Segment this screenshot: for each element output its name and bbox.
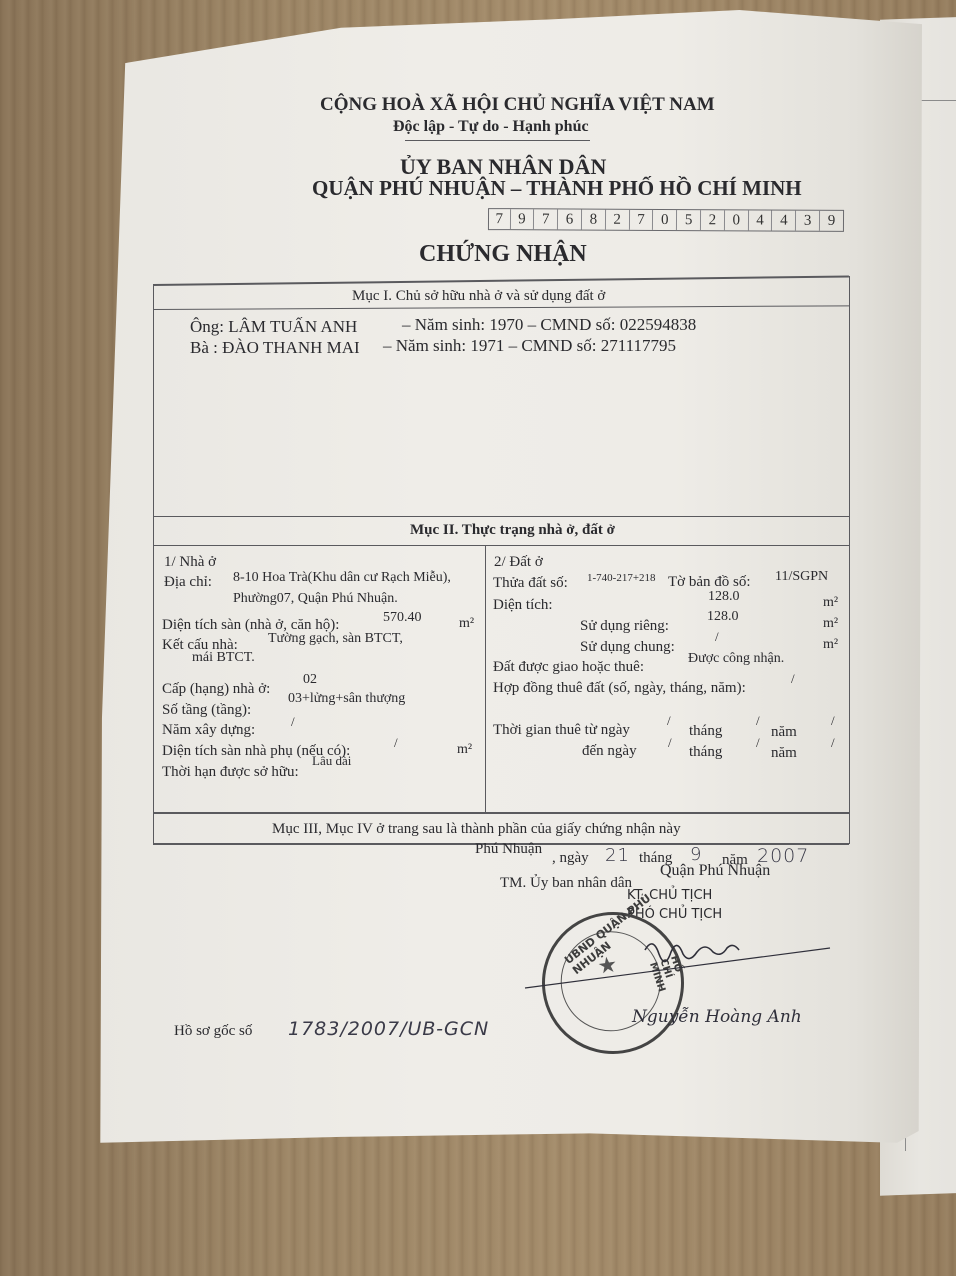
allocation-label: Đất được giao hoặc thuê:	[493, 659, 644, 676]
owner-2-name: Bà : ĐÀO THANH MAI	[190, 338, 360, 358]
shared-use-label: Sử dụng chung:	[580, 639, 675, 656]
lease-contract-value: /	[791, 671, 795, 687]
record-number-value: 1783/2007/UB-GCN	[288, 1018, 489, 1040]
table-right-border	[849, 276, 850, 844]
lease-from-label: Thời gian thuê từ ngày	[493, 722, 630, 739]
private-use-label: Sử dụng riêng:	[580, 618, 669, 635]
record-number-label: Hồ sơ gốc số	[174, 1023, 252, 1040]
structure-value-line-2: mái BTCT.	[192, 650, 255, 666]
lease-to-year-label: năm	[771, 745, 797, 762]
lease-to-label: đến ngày	[582, 743, 637, 760]
address-line-2: Phường07, Quận Phú Nhuận.	[233, 591, 398, 607]
private-use-value: 128.0	[707, 609, 739, 625]
signing-day: 21	[605, 845, 630, 866]
shared-use-unit: m²	[823, 637, 838, 653]
district-name: QUẬN PHÚ NHUẬN – THÀNH PHỐ HỒ CHÍ MINH	[312, 176, 802, 201]
area-label: Diện tích:	[493, 597, 553, 614]
lease-to-month-label: tháng	[689, 744, 722, 761]
floor-area-unit: m²	[459, 616, 474, 632]
owner-1-details: – Năm sinh: 1970 – CMND số: 022594838	[402, 315, 696, 335]
serial-digit: 6	[557, 209, 581, 229]
serial-digit: 4	[748, 210, 772, 230]
section2-bottom-divider	[153, 812, 849, 814]
map-sheet-value: 11/SGPN	[775, 569, 828, 585]
lease-from-year-label: năm	[771, 724, 797, 741]
grade-label: Cấp (hạng) nhà ở:	[162, 681, 270, 698]
area-unit: m²	[823, 595, 838, 611]
country-name: CỘNG HOÀ XÃ HỘI CHỦ NGHĨA VIỆT NAM	[320, 94, 715, 116]
aux-area-value: /	[394, 735, 398, 751]
serial-digit: 5	[676, 210, 700, 230]
serial-digit: 3	[795, 211, 819, 231]
serial-digit: 2	[605, 210, 629, 230]
serial-digit: 7	[533, 209, 557, 229]
footer-note: Mục III, Mục IV ở trang sau là thành phầ…	[272, 821, 681, 838]
built-year-value: /	[291, 714, 295, 730]
parcel-value: 1-740-217+218	[587, 572, 656, 584]
land-title: 2/ Đất ở	[494, 554, 543, 571]
house-title: 1/ Nhà ở	[164, 554, 216, 571]
serial-digit: 8	[581, 210, 605, 230]
floors-value: 03+lửng+sân thượng	[288, 691, 405, 707]
private-use-unit: m²	[823, 616, 838, 632]
signature-scribble	[520, 930, 840, 1000]
section2-column-divider	[485, 545, 486, 812]
on-behalf-of: TM. Ủy ban nhân dân	[500, 875, 632, 892]
motto-underline	[405, 140, 590, 141]
motto: Độc lập - Tự do - Hạnh phúc	[393, 118, 589, 136]
serial-digit: 9	[819, 211, 843, 231]
owner-1-name: Ông: LÂM TUẤN ANH	[190, 317, 357, 337]
shared-use-value: /	[715, 629, 719, 645]
section1-heading: Mục I. Chủ sở hữu nhà ở và sử dụng đất ở	[352, 288, 605, 305]
allocation-value: Được công nhận.	[688, 651, 784, 667]
lease-to-day: /	[668, 735, 672, 751]
address-label: Địa chỉ:	[164, 574, 212, 591]
serial-digit: 7	[629, 210, 653, 230]
aux-area-unit: m²	[457, 742, 472, 758]
signing-day-label: , ngày	[552, 850, 589, 867]
lease-contract-label: Hợp đồng thuê đất (số, ngày, tháng, năm)…	[493, 680, 746, 697]
built-year-label: Năm xây dựng:	[162, 722, 255, 739]
address-line-1: 8-10 Hoa Trà(Khu dân cư Rạch Miễu),	[233, 570, 451, 586]
serial-digit: 0	[652, 210, 676, 230]
ownership-term-label: Thời hạn được sở hữu:	[162, 764, 299, 781]
signing-district: Quận Phú Nhuận	[660, 862, 770, 880]
section2-heading: Mục II. Thực trạng nhà ở, đất ở	[410, 522, 615, 539]
serial-digit: 2	[700, 210, 724, 230]
area-value: 128.0	[708, 589, 740, 605]
serial-digit: 7	[489, 209, 510, 229]
serial-number-box: 7 9 7 6 8 2 7 0 5 2 0 4 4 3 9	[488, 208, 844, 232]
floor-area-value: 570.40	[383, 610, 422, 626]
structure-value-line-1: Tường gạch, sàn BTCT,	[268, 631, 403, 647]
lease-from-day: /	[667, 713, 671, 729]
lease-to-month: /	[756, 735, 760, 751]
serial-digit: 4	[771, 211, 795, 231]
section2-top-divider	[153, 516, 849, 517]
grade-value: 02	[303, 672, 317, 688]
lease-from-month-label: tháng	[689, 723, 722, 740]
parcel-label: Thửa đất số:	[493, 575, 568, 592]
section2-header-divider	[153, 545, 849, 546]
table-left-border	[153, 284, 154, 844]
certificate-title: CHỨNG NHẬN	[419, 241, 587, 268]
serial-digit: 9	[509, 209, 533, 229]
ownership-term-value: Lâu dài	[312, 753, 351, 769]
lease-from-year: /	[831, 713, 835, 729]
signing-place: Phú Nhuận	[475, 841, 542, 858]
serial-digit: 0	[724, 210, 748, 230]
lease-to-year: /	[831, 735, 835, 751]
signatory-name: Nguyễn Hoàng Anh	[632, 1007, 802, 1027]
owner-2-details: – Năm sinh: 1971 – CMND số: 271117795	[383, 336, 676, 356]
floors-label: Số tầng (tầng):	[162, 702, 251, 719]
lease-from-month: /	[756, 713, 760, 729]
